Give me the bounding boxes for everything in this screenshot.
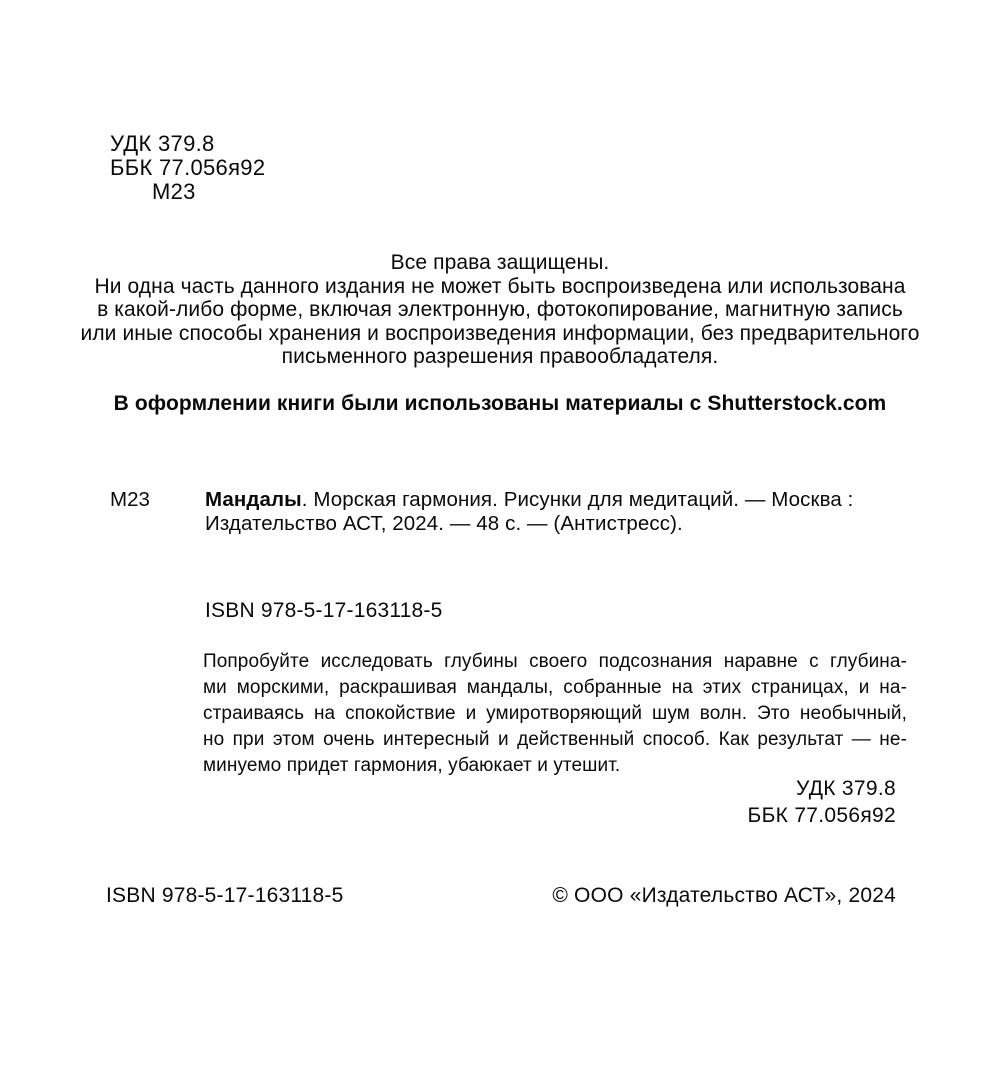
- book-title: Мандалы: [205, 488, 302, 511]
- rights-line: Ни одна часть данного издания не может б…: [50, 275, 950, 299]
- author-sign-code: М23: [110, 180, 265, 204]
- annotation-line: страиваясь на спокойствие и умиротворяющ…: [203, 701, 907, 727]
- catalog-author-code: М23: [110, 488, 150, 512]
- footer: ISBN 978-5-17-163118-5 © ООО «Издательст…: [106, 884, 896, 908]
- rights-line: письменного разрешения правообладателя.: [50, 345, 950, 369]
- design-credits: В оформлении книги были использованы мат…: [50, 392, 950, 416]
- bbk-code-right: ББК 77.056я92: [748, 802, 897, 829]
- footer-isbn: ISBN 978-5-17-163118-5: [106, 884, 344, 908]
- rights-line: в какой-либо форме, включая электронную,…: [50, 298, 950, 322]
- bbk-code: ББК 77.056я92: [110, 156, 265, 180]
- catalog-entry: Мандалы. Морская гармония. Рисунки для м…: [205, 488, 915, 536]
- classification-codes-bottom: УДК 379.8 ББК 77.056я92: [748, 775, 897, 829]
- footer-copyright: © ООО «Издательство АСТ», 2024: [552, 884, 896, 908]
- catalog-entry-line1: Мандалы. Морская гармония. Рисунки для м…: [205, 488, 915, 512]
- udc-code-right: УДК 379.8: [748, 775, 897, 802]
- copyright-page: УДК 379.8 ББК 77.056я92 М23 Все права за…: [0, 0, 1000, 1075]
- isbn-number: ISBN 978-5-17-163118-5: [205, 599, 443, 623]
- catalog-entry-line2: Издательство АСТ, 2024. — 48 с. — (Антис…: [205, 512, 915, 536]
- annotation-line: Попробуйте исследовать глубины своего по…: [203, 649, 907, 675]
- catalog-entry-rest: . Морская гармония. Рисунки для медитаци…: [302, 488, 854, 511]
- annotation-line: но при этом очень интересный и действенн…: [203, 727, 907, 753]
- rights-line: или иные способы хранения и воспроизведе…: [50, 322, 950, 346]
- rights-statement: Все права защищены. Ни одна часть данног…: [50, 251, 950, 369]
- annotation-text: Попробуйте исследовать глубины своего по…: [203, 649, 907, 779]
- rights-line: Все права защищены.: [50, 251, 950, 275]
- udc-code: УДК 379.8: [110, 132, 265, 156]
- annotation-line: ми морскими, раскрашивая мандалы, собран…: [203, 675, 907, 701]
- classification-codes-top: УДК 379.8 ББК 77.056я92 М23: [110, 132, 265, 204]
